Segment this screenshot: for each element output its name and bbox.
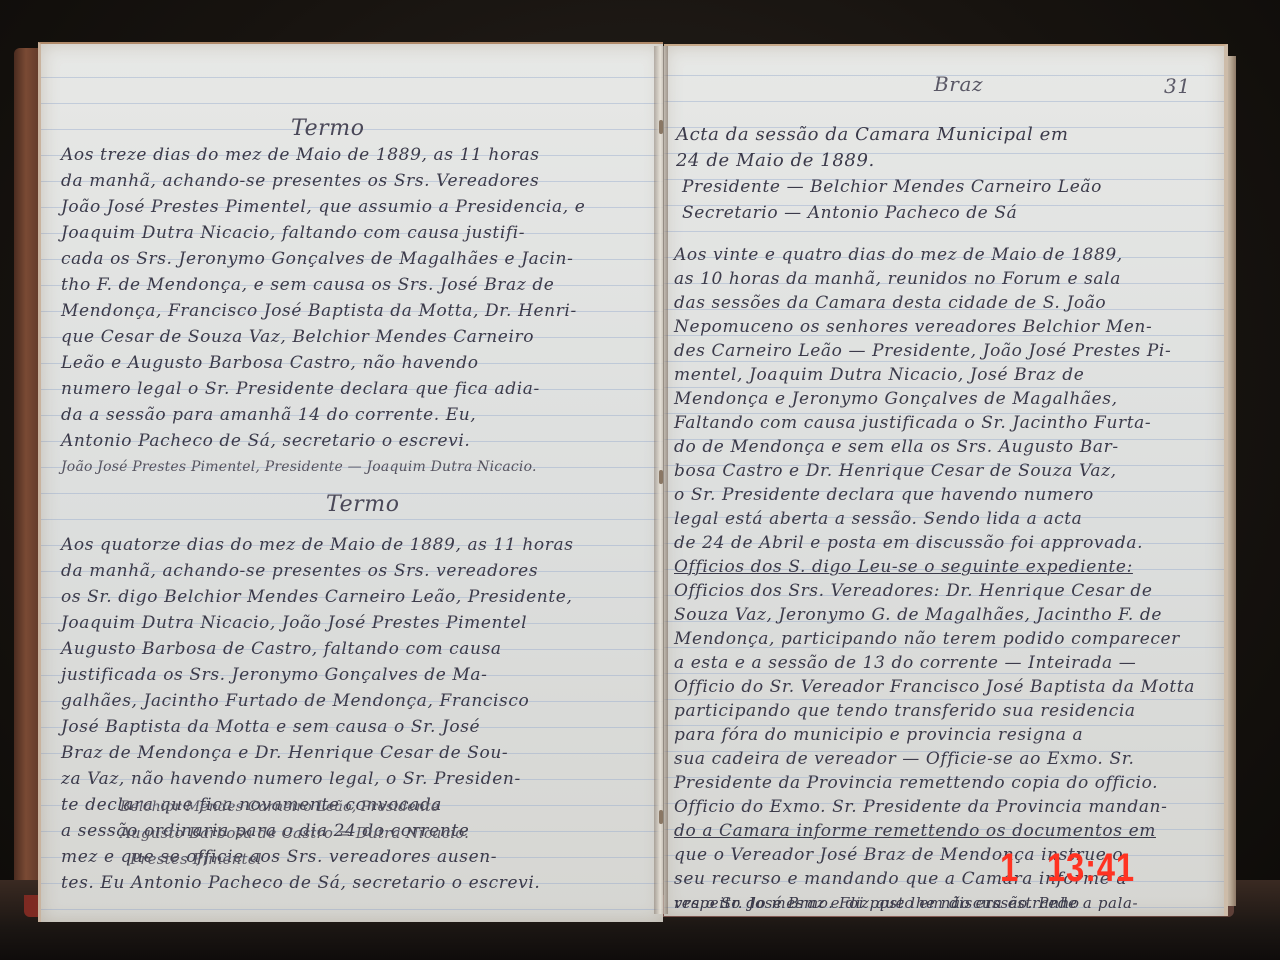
text-line: Aos quatorze dias do mez de Maio de 1889… bbox=[61, 532, 574, 558]
text-line: da manhã, achando-se presentes os Srs. v… bbox=[61, 558, 538, 584]
text-line: Faltando com causa justificada o Sr. Jac… bbox=[674, 410, 1151, 436]
text-line: a esta e a sessão de 13 do corrente — In… bbox=[674, 650, 1136, 676]
text-line: os Sr. digo Belchior Mendes Carneiro Leã… bbox=[61, 584, 572, 610]
text-line: sua cadeira de vereador — Officie-se ao … bbox=[674, 746, 1135, 772]
text-line: Joaquim Dutra Nicacio, faltando com caus… bbox=[61, 220, 525, 246]
text-line: galhães, Jacintho Furtado de Mendonça, F… bbox=[61, 688, 529, 714]
text-line: Souza Vaz, Jeronymo G. de Magalhães, Jac… bbox=[674, 602, 1162, 628]
entry-heading: Termo bbox=[326, 492, 400, 517]
text-line: Officio do Sr. Vereador Francisco José B… bbox=[674, 674, 1195, 700]
text-line: Aos treze dias do mez de Maio de 1889, a… bbox=[61, 142, 540, 168]
text-line: Presidente da Provincia remettendo copia… bbox=[674, 770, 1158, 796]
text-line: Joaquim Dutra Nicacio, João José Prestes… bbox=[61, 610, 527, 636]
text-line: za Vaz, não havendo numero legal, o Sr. … bbox=[61, 766, 521, 792]
officer-line: Secretario — Antonio Pacheco de Sá bbox=[682, 200, 1017, 226]
text-line: Augusto Barbosa de Castro, faltando com … bbox=[61, 636, 502, 662]
signature-line: João José Prestes Pimentel, Presidente —… bbox=[61, 454, 537, 480]
text-line: numero legal o Sr. Presidente declara qu… bbox=[61, 376, 540, 402]
right-page: Braz 31 Acta da sessão da Camara Municip… bbox=[664, 44, 1228, 916]
text-line: Nepomuceno os senhores vereadores Belchi… bbox=[674, 314, 1152, 340]
binding-stitch bbox=[659, 810, 663, 824]
binding-stitch bbox=[659, 120, 663, 134]
header-note: Braz bbox=[934, 72, 983, 96]
text-line: de 24 de Abril e posta em discussão foi … bbox=[674, 530, 1143, 556]
text-line: Mendonça e Jeronymo Gonçalves de Magalhã… bbox=[674, 386, 1118, 412]
text-line: mez e que se officie aos Srs. vereadores… bbox=[61, 844, 497, 870]
entry-heading: Termo bbox=[291, 116, 365, 141]
text-line: da manhã, achando-se presentes os Srs. V… bbox=[61, 168, 539, 194]
text-line: vra o Sr. José Braz e diz que lhe não er… bbox=[674, 890, 1080, 916]
text-line: mentel, Joaquim Dutra Nicacio, José Braz… bbox=[674, 362, 1084, 388]
camera-timestamp: 113:41 bbox=[1000, 846, 1135, 891]
left-page: Termo Aos treze dias do mez de Maio de 1… bbox=[38, 42, 663, 922]
text-line: para fóra do municipio e provincia resig… bbox=[674, 722, 1083, 748]
text-line: do de Mendonça e sem ella os Srs. August… bbox=[674, 434, 1119, 460]
text-line: que Cesar de Souza Vaz, Belchior Mendes … bbox=[61, 324, 534, 350]
text-line: Mendonça, participando não terem podido … bbox=[674, 626, 1180, 652]
officer-line: Presidente — Belchior Mendes Carneiro Le… bbox=[682, 174, 1102, 200]
text-line: Braz de Mendonça e Dr. Henrique Cesar de… bbox=[61, 740, 508, 766]
minutes-title: Acta da sessão da Camara Municipal em bbox=[676, 122, 1069, 148]
page-number: 31 bbox=[1164, 74, 1191, 98]
text-line: Leão e Augusto Barbosa Castro, não haven… bbox=[61, 350, 479, 376]
text-line: cada os Srs. Jeronymo Gonçalves de Magal… bbox=[61, 246, 573, 272]
text-line: João José Prestes Pimentel, que assumio … bbox=[61, 194, 585, 220]
minutes-title: 24 de Maio de 1889. bbox=[676, 148, 875, 174]
text-line: Officio do Exmo. Sr. Presidente da Provi… bbox=[674, 794, 1167, 820]
text-line: tes. Eu Antonio Pacheco de Sá, secretari… bbox=[61, 870, 540, 896]
text-line: Aos vinte e quatro dias do mez de Maio d… bbox=[674, 242, 1123, 268]
text-line: da a sessão para amanhã 14 do corrente. … bbox=[61, 402, 476, 428]
signature-line: Prestes Pimentel bbox=[130, 846, 262, 872]
text-line: participando que tendo transferido sua r… bbox=[674, 698, 1136, 724]
text-line: as 10 horas da manhã, reunidos no Forum … bbox=[674, 266, 1121, 292]
text-line: Officios dos Srs. Vereadores: Dr. Henriq… bbox=[674, 578, 1152, 604]
text-line: tho F. de Mendonça, e sem causa os Srs. … bbox=[61, 272, 554, 298]
text-line: das sessões da Camara desta cidade de S.… bbox=[674, 290, 1106, 316]
text-line: legal está aberta a sessão. Sendo lida a… bbox=[674, 506, 1082, 532]
text-line-underlined: do a Camara informe remettendo os docume… bbox=[674, 818, 1156, 844]
text-line: Mendonça, Francisco José Baptista da Mot… bbox=[61, 298, 577, 324]
signature-line: Belchior Mendes Carneiro Leão, President… bbox=[120, 794, 439, 820]
text-line: Antonio Pacheco de Sá, secretario o escr… bbox=[61, 428, 470, 454]
text-line: des Carneiro Leão — Presidente, João Jos… bbox=[674, 338, 1171, 364]
text-line: o Sr. Presidente declara que havendo num… bbox=[674, 482, 1094, 508]
timestamp-day: 1 bbox=[1000, 846, 1019, 890]
binding-stitch bbox=[659, 470, 663, 484]
text-line: José Baptista da Motta e sem causa o Sr.… bbox=[61, 714, 480, 740]
signature-line: Augusto Barbosa de Castro = Dutra Nicaci… bbox=[120, 820, 469, 846]
text-line-underlined: Officios dos S. digo Leu-se o seguinte e… bbox=[674, 554, 1133, 580]
text-line: bosa Castro e Dr. Henrique Cesar de Souz… bbox=[674, 458, 1117, 484]
text-line: justificada os Srs. Jeronymo Gonçalves d… bbox=[61, 662, 488, 688]
timestamp-time: 13:41 bbox=[1047, 846, 1135, 890]
